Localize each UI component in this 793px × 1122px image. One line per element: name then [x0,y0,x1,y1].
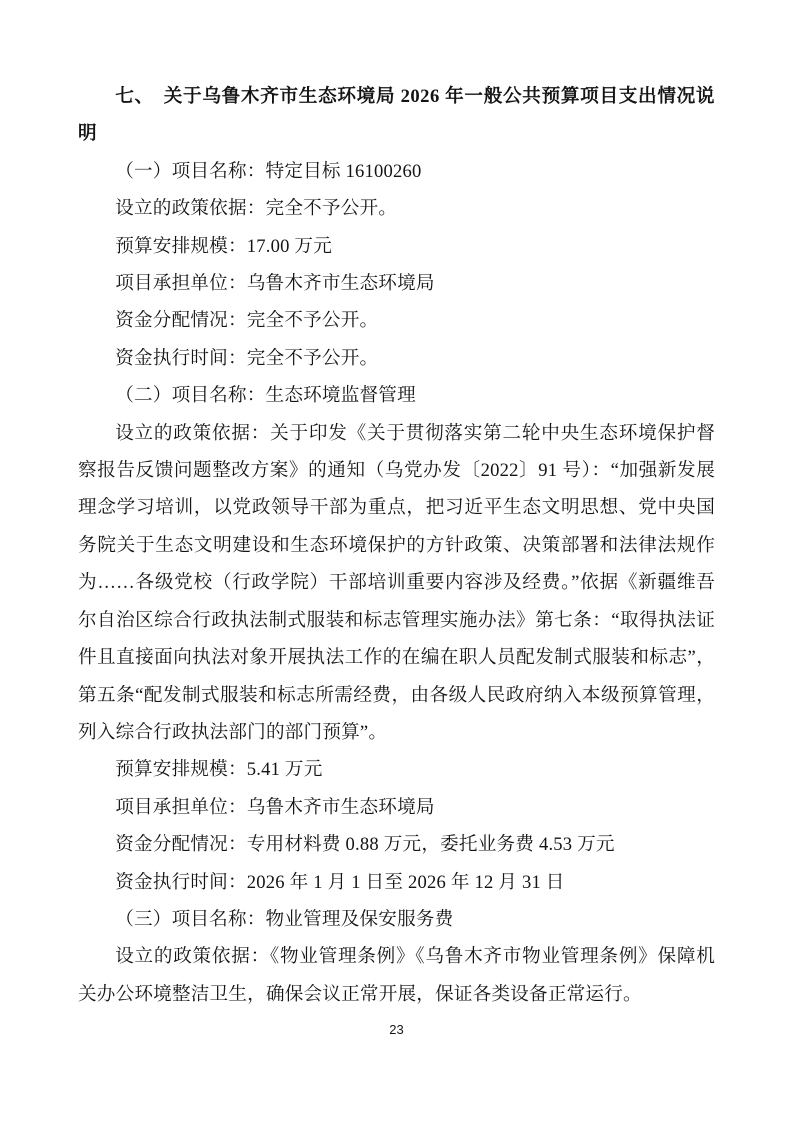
document-paragraph: 资金分配情况：完全不予公开。 [78,302,715,339]
document-paragraph: 资金执行时间：完全不予公开。 [78,340,715,377]
document-paragraph: 设立的政策依据：关于印发《关于贯彻落实第二轮中央生态环境保护督察报告反馈问题整改… [78,415,715,752]
document-paragraph: 项目承担单位：乌鲁木齐市生态环境局 [78,789,715,826]
document-paragraph: 项目承担单位：乌鲁木齐市生态环境局 [78,265,715,302]
document-paragraph: 预算安排规模：5.41 万元 [78,751,715,788]
document-paragraph: 资金执行时间：2026 年 1 月 1 日至 2026 年 12 月 31 日 [78,864,715,901]
page-number: 23 [0,1022,793,1037]
document-paragraph: 设立的政策依据：完全不予公开。 [78,190,715,227]
document-paragraph: 设立的政策依据：《物业管理条例》《乌鲁木齐市物业管理条例》保障机关办公环境整洁卫… [78,938,715,1013]
document-paragraph: 资金分配情况：专用材料费 0.88 万元，委托业务费 4.53 万元 [78,826,715,863]
document-title: 七、 关于乌鲁木齐市生态环境局 2026 年一般公共预算项目支出情况说明 [78,78,715,153]
document-paragraph: （三）项目名称：物业管理及保安服务费 [78,901,715,938]
document-paragraph: 预算安排规模：17.00 万元 [78,228,715,265]
document-paragraph: （二）项目名称：生态环境监督管理 [78,377,715,414]
document-page: 七、 关于乌鲁木齐市生态环境局 2026 年一般公共预算项目支出情况说明 （一）… [0,0,793,1122]
document-body: （一）项目名称：特定目标 16100260设立的政策依据：完全不予公开。预算安排… [78,153,715,1013]
document-paragraph: （一）项目名称：特定目标 16100260 [78,153,715,190]
